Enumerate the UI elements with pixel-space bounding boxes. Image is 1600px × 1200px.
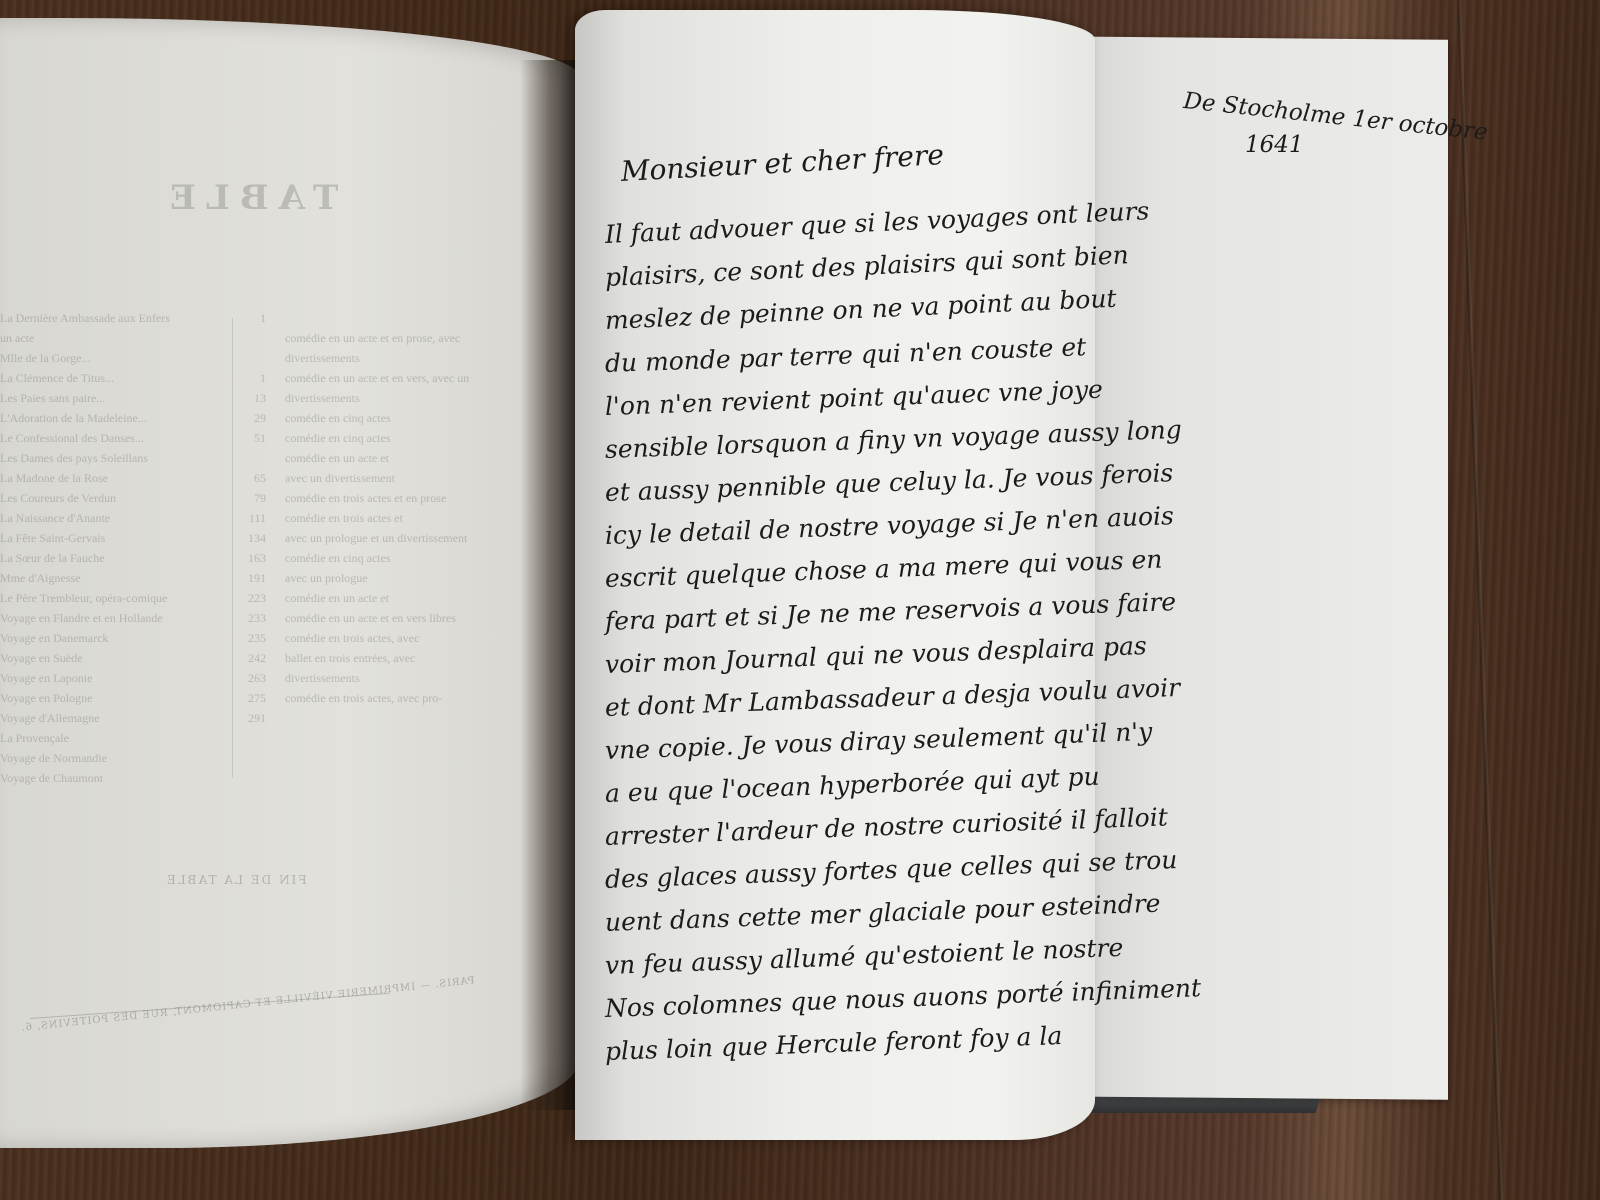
toc-entry: comédie en trois actes et en prose [285, 488, 515, 508]
toc-entry: Voyage en Flandre et en Hollande [0, 608, 225, 628]
book-gutter-shadow [520, 60, 580, 1110]
toc-entry: Les Coureurs de Verdun [0, 488, 225, 508]
table-title-bleedthrough: TABLE [160, 178, 338, 218]
toc-left-column: La Dernière Ambassade aux Enfers un acte… [0, 308, 225, 788]
toc-entry: avec un prologue et un divertissement [285, 528, 515, 548]
toc-entry: La Provençale [0, 728, 225, 748]
toc-entry: comédie en cinq actes [285, 428, 515, 448]
left-printed-page: TABLE La Dernière Ambassade aux Enfers u… [0, 18, 580, 1148]
toc-entry: La Fête Saint-Gervais [0, 528, 225, 548]
toc-entry: comédie en un acte et en vers, avec un [285, 368, 515, 388]
toc-entry: Voyage de Chaumont [0, 768, 225, 788]
toc-entry: comédie en un acte et [285, 588, 515, 608]
toc-entry: Voyage en Pologne [0, 688, 225, 708]
toc-right-column-bleedthrough: comédie en un acte et en prose, avec div… [285, 328, 515, 708]
toc-entry: Les Paies sans paire... [0, 388, 225, 408]
toc-entry: divertissements [285, 348, 515, 368]
toc-entry: ballet en trois entrées, avec [285, 648, 515, 668]
toc-entry: divertissements [285, 668, 515, 688]
toc-entry: comédie en un acte et en prose, avec [285, 328, 515, 348]
toc-entry: comédie en un acte et en vers libres [285, 608, 515, 628]
toc-entry: L'Adoration de la Madeleine... [0, 408, 225, 428]
toc-entry: un acte [0, 328, 225, 348]
toc-entry: La Madone de la Rose [0, 468, 225, 488]
toc-entry: La Sœur de la Fauche [0, 548, 225, 568]
toc-entry: Voyage de Normandie [0, 748, 225, 768]
toc-entry: La Naissance d'Anante [0, 508, 225, 528]
toc-entry: Le Père Trembleur, opéra-comique [0, 588, 225, 608]
toc-entry: Voyage en Suède [0, 648, 225, 668]
toc-divider [232, 318, 233, 778]
toc-entry: divertissements [285, 388, 515, 408]
toc-entry: Mme d'Aignesse [0, 568, 225, 588]
toc-entry: avec un divertissement [285, 468, 515, 488]
toc-entry: comédie en un acte et [285, 448, 515, 468]
toc-entry: Le Confessional des Danses... [0, 428, 225, 448]
toc-entry: comédie en cinq actes [285, 408, 515, 428]
toc-entry: comédie en cinq actes [285, 548, 515, 568]
letter-year: 1641 [1245, 132, 1304, 158]
toc-entry: La Clémence de Titus... [0, 368, 225, 388]
toc-entry: Voyage en Danemarck [0, 628, 225, 648]
toc-entry: Les Dames des pays Soleillans [0, 448, 225, 468]
toc-entry: Voyage d'Allemagne [0, 708, 225, 728]
toc-page-numbers: 1 1 13 29 51 65 79 111 134 163 191 223 2… [238, 308, 266, 728]
table-of-contents-bleedthrough: La Dernière Ambassade aux Enfers un acte… [0, 308, 515, 778]
toc-entry: Mlle de la Gorge... [0, 348, 225, 368]
toc-entry: comédie en trois actes et [285, 508, 515, 528]
toc-entry: comédie en trois actes, avec pro- [285, 688, 515, 708]
toc-entry: avec un prologue [285, 568, 515, 588]
toc-entry: La Dernière Ambassade aux Enfers [0, 308, 225, 328]
printer-imprint-bleedthrough: PARIS. — IMPRIMERIE VIÉVILLE ET CAPIOMON… [20, 981, 419, 1034]
fin-de-la-table-bleedthrough: FIN DE LA TABLE [165, 873, 307, 887]
toc-entry: comédie en trois actes, avec [285, 628, 515, 648]
toc-entry: Voyage en Laponie [0, 668, 225, 688]
